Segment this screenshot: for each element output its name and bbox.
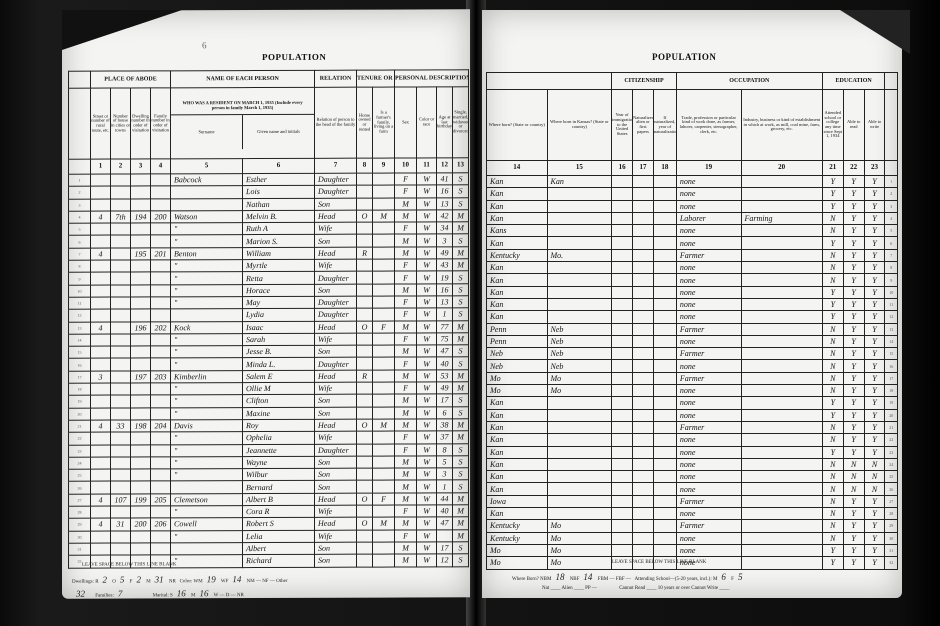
cell-age: 42 [437, 210, 453, 222]
cell-row-number: 6 [885, 237, 898, 249]
cell-occ: none [676, 176, 741, 188]
cell-given: Melvin B. [243, 210, 315, 223]
cell-surname: " [171, 235, 243, 248]
cell-c4 [151, 383, 171, 395]
cell-c3 [131, 272, 151, 284]
cell-c18 [653, 225, 676, 237]
cell-row-number: 16 [885, 360, 898, 372]
cell-c18 [653, 483, 676, 495]
cell-given: Lois [243, 186, 315, 199]
cell-read: Y [843, 434, 864, 446]
cell-given: Roy [243, 419, 315, 432]
cell-relation: Head [315, 321, 357, 333]
cell-c1: 3 [91, 371, 111, 383]
cell-ind [741, 421, 822, 433]
cell-c2 [111, 235, 131, 247]
cell-c18 [653, 471, 676, 483]
cell-c9 [373, 444, 395, 456]
cell-c18 [653, 520, 676, 532]
cell-surname: " [171, 456, 243, 469]
color-wm-label: Color: WM [180, 579, 203, 584]
cell-c3 [131, 198, 151, 210]
cell-row-number: 28 [885, 508, 898, 520]
cell-c18 [653, 262, 676, 274]
cell-c3: 199 [131, 494, 151, 506]
cell-age: 12 [437, 554, 453, 566]
cell-c1 [91, 346, 111, 358]
table-row: KannoneNNN25 [487, 471, 898, 483]
column-number [69, 159, 91, 174]
cell-sex: M [395, 407, 417, 419]
cell-sex: M [395, 234, 417, 246]
cell-c18 [653, 544, 676, 556]
cell-ind [741, 458, 822, 470]
cell-school: N [822, 458, 843, 470]
cell-ind [741, 323, 822, 335]
cell-marital: S [453, 406, 469, 418]
cell-c17 [633, 298, 654, 310]
cell-c8 [357, 296, 373, 308]
cell-c3: 197 [131, 371, 151, 383]
cell-c1 [91, 445, 111, 457]
cell-from [547, 286, 612, 298]
cell-color: W [417, 210, 437, 222]
subheader-industry: Industry, business or kind of establishm… [741, 90, 822, 161]
cell-given: Cora R [243, 505, 315, 518]
cell-school: N [822, 532, 843, 544]
cell-born: Mo [487, 372, 548, 384]
cell-from [547, 446, 612, 458]
cell-write: Y [864, 372, 885, 384]
cell-c1 [91, 309, 111, 321]
table-row: KannoneYYY23 [487, 446, 898, 458]
cell-write: Y [864, 335, 885, 347]
cell-school: Y [822, 188, 843, 200]
cell-c1: 4 [91, 420, 111, 432]
cell-c2: 31 [111, 518, 131, 530]
cell-n: 18 [69, 383, 91, 395]
table-row: KannoneYYY11 [487, 298, 898, 310]
cell-relation: Wife [315, 333, 357, 345]
cell-given: Maxine [243, 407, 315, 420]
m-label: M [146, 579, 150, 584]
cell-c4: 205 [151, 494, 171, 506]
subheader-where-born: Where born? (State or country) [487, 90, 548, 161]
cell-c3: 195 [131, 248, 151, 260]
cell-school: N [822, 434, 843, 446]
cell-born: Kan [487, 262, 548, 274]
cell-color: W [417, 431, 437, 443]
dwellings-r-value: 2 [103, 575, 108, 585]
cell-given: Myrtle [243, 259, 315, 272]
column-number: 3 [131, 159, 151, 174]
families-label: Families: [95, 594, 114, 599]
cell-c17 [633, 495, 654, 507]
attending-school-label: Attending School—(5-20 years, incl.): M [635, 577, 718, 582]
cell-color: W [417, 505, 437, 517]
cell-school: N [822, 274, 843, 286]
cell-c18 [653, 176, 676, 188]
header-occupation: OCCUPATION [676, 73, 822, 90]
cell-marital: M [453, 529, 469, 541]
cell-c1: 4 [91, 322, 111, 334]
cell-c3: 200 [131, 518, 151, 530]
cell-occ: Farmer [676, 520, 741, 532]
cell-c3 [131, 186, 151, 198]
cell-school: N [822, 385, 843, 397]
cell-school: Y [822, 397, 843, 409]
cell-n: 4 [69, 211, 91, 223]
cell-given: May [243, 296, 315, 309]
subheader-color: Color or race [417, 87, 437, 158]
m-value: 31 [155, 574, 164, 584]
cell-c16 [612, 212, 633, 224]
cell-c16 [612, 446, 633, 458]
cell-relation: Wife [315, 222, 357, 234]
cell-relation: Wife [315, 259, 357, 271]
cell-ind [741, 532, 822, 544]
o-value: 5 [120, 574, 125, 584]
cell-write: Y [864, 385, 885, 397]
cell-born: Mo [487, 385, 548, 397]
cell-occ: Laborer [676, 212, 741, 224]
cell-c18 [653, 188, 676, 200]
cell-ind [741, 372, 822, 384]
subheader-farm-family: Is a farmer's family, living on a farm [373, 87, 395, 158]
cell-occ: Farmer [676, 323, 741, 335]
cell-occ: none [676, 385, 741, 397]
cell-c3 [131, 334, 151, 346]
cell-c1 [91, 174, 111, 186]
cell-c8 [357, 407, 373, 419]
cell-c9 [373, 480, 395, 492]
left-census-table: PLACE OF ABODE NAME OF EACH PERSON RELAT… [68, 69, 469, 568]
cell-given: Jeannette [243, 444, 315, 457]
cell-relation: Wife [315, 505, 357, 517]
cell-born: Kan [487, 483, 548, 495]
cell-ind [741, 434, 822, 446]
cell-surname: Babcock [171, 174, 243, 187]
cell-c16 [612, 188, 633, 200]
cell-color: W [417, 320, 437, 332]
cell-given: Minda L. [243, 358, 315, 371]
cell-c16 [612, 335, 633, 347]
cell-c9 [373, 382, 395, 394]
cell-c9 [373, 554, 395, 566]
cell-c4 [151, 309, 171, 321]
cell-n: 2 [69, 186, 91, 198]
cell-sex: F [395, 308, 417, 320]
cell-c4: 202 [151, 321, 171, 333]
cell-n: 5 [69, 223, 91, 235]
cell-c4 [151, 198, 171, 210]
cell-born: Kan [487, 212, 548, 224]
cell-given: Lelia [243, 530, 315, 543]
column-number: 9 [373, 158, 395, 173]
cell-write: Y [864, 409, 885, 421]
cell-n: 1 [69, 174, 91, 186]
cell-marital: S [453, 394, 469, 406]
cell-color: W [417, 234, 437, 246]
cell-surname: Davis [171, 420, 243, 433]
cell-write: Y [864, 176, 885, 188]
cell-marital: S [453, 456, 469, 468]
cell-c17 [633, 200, 654, 212]
cell-marital: M [453, 333, 469, 345]
cell-c2: 107 [111, 494, 131, 506]
cell-occ: none [676, 446, 741, 458]
cell-read: Y [843, 274, 864, 286]
cell-surname: " [171, 444, 243, 457]
cell-c4: 204 [151, 420, 171, 432]
cell-c3: 198 [131, 420, 151, 432]
cell-age: 40 [437, 505, 453, 517]
cell-relation: Head [315, 517, 357, 529]
right-footer-note: LEAVE SPACE BELOW THIS LINE BLANK [612, 560, 706, 565]
cell-relation: Son [315, 468, 357, 480]
cell-from: Mo. [547, 249, 612, 261]
cell-school: N [822, 348, 843, 360]
cell-n: 27 [69, 494, 91, 506]
cell-write: Y [864, 348, 885, 360]
cell-school: Y [822, 176, 843, 188]
cell-relation: Son [315, 198, 357, 210]
cell-marital: S [453, 554, 469, 566]
cell-c16 [612, 495, 633, 507]
cell-ind [741, 495, 822, 507]
fbf-label: FBF [616, 577, 625, 582]
cell-occ: none [676, 286, 741, 298]
cell-sex: M [395, 247, 417, 259]
cell-n: 24 [69, 457, 91, 469]
cell-given: Wayne [243, 456, 315, 469]
cell-born: Penn [487, 323, 548, 335]
cell-c1 [91, 469, 111, 481]
cell-c8 [357, 554, 373, 566]
cell-surname: " [171, 407, 243, 420]
cell-c4 [151, 346, 171, 358]
subheader-home-owned: Home owned or rented [357, 87, 373, 158]
cell-c8 [357, 284, 373, 296]
cell-school: Y [822, 409, 843, 421]
table-row: KannoneNYY9 [487, 274, 898, 286]
cell-c17 [633, 212, 654, 224]
cell-age: 37 [437, 431, 453, 443]
cell-c9 [373, 407, 395, 419]
cell-color: W [417, 419, 437, 431]
table-row: MoMononeNYY18 [487, 385, 898, 397]
cell-c1 [91, 199, 111, 211]
ten-years-label: 10 years or over [658, 586, 690, 591]
cell-row-number: 2 [885, 188, 898, 200]
cell-row-number: 22 [885, 434, 898, 446]
cell-c18 [653, 421, 676, 433]
column-number: 22 [843, 161, 864, 176]
cell-c2 [111, 272, 131, 284]
cell-age: 3 [437, 234, 453, 246]
nm-label: NM [247, 579, 255, 584]
cell-c16 [612, 483, 633, 495]
cell-c8 [357, 382, 373, 394]
cell-school: N [822, 372, 843, 384]
subheader-year-immigration: Year of immigration to the United States [612, 90, 633, 161]
cell-c9 [373, 259, 395, 271]
header-citizenship: CITIZENSHIP [612, 73, 677, 90]
cell-surname: " [171, 506, 243, 519]
cell-c8 [357, 481, 373, 493]
subheader-naturalization-year: If naturalized, year of naturalization [653, 90, 676, 161]
cell-n: 15 [69, 346, 91, 358]
column-number: 13 [453, 158, 469, 173]
cell-c8 [357, 198, 373, 210]
cell-age: 53 [437, 370, 453, 382]
cell-surname [171, 481, 243, 494]
cell-from [547, 237, 612, 249]
cell-c3 [131, 457, 151, 469]
cell-born: Kentucky [487, 520, 548, 532]
cell-c17 [633, 471, 654, 483]
cell-born: Kan [487, 311, 548, 323]
cell-marital: S [453, 197, 469, 209]
cell-from [547, 458, 612, 470]
cannot-write-label: Cannot Write [691, 586, 718, 591]
cell-c3 [131, 444, 151, 456]
cell-c4 [151, 506, 171, 518]
cell-c18 [653, 360, 676, 372]
cell-born: Kan [487, 446, 548, 458]
cell-from: Mo [547, 557, 612, 569]
cell-c8: O [357, 321, 373, 333]
cell-from [547, 397, 612, 409]
cell-sex: F [395, 505, 417, 517]
cell-from: Kan [547, 176, 612, 188]
cell-c18 [653, 298, 676, 310]
cell-write: Y [864, 446, 885, 458]
cell-sex: M [395, 542, 417, 554]
cell-surname: Benton [171, 247, 243, 260]
cell-c9: F [373, 321, 395, 333]
cell-relation: Head [315, 493, 357, 505]
subheader-able-read: Able to read [843, 90, 864, 161]
cell-ind [741, 544, 822, 556]
cell-c16 [612, 348, 633, 360]
cell-n: 14 [69, 334, 91, 346]
cell-c18 [653, 508, 676, 520]
table-row: KannoneYYY20 [487, 409, 898, 421]
wf-label: WF [221, 579, 229, 584]
cell-sex: F [395, 444, 417, 456]
cell-relation: Wife [315, 431, 357, 443]
cell-row-number: 14 [885, 335, 898, 347]
cell-age: 77 [437, 320, 453, 332]
cell-school: N [822, 262, 843, 274]
cell-read: Y [843, 262, 864, 274]
cell-age: 16 [437, 185, 453, 197]
dwellings-label: Dwellings: R [72, 580, 99, 585]
row-number-subheader [885, 90, 898, 161]
cell-c3 [131, 469, 151, 481]
cell-c17 [633, 458, 654, 470]
cell-from [547, 200, 612, 212]
row-number-header [69, 71, 91, 88]
cell-n: 16 [69, 359, 91, 371]
cell-age: 34 [437, 222, 453, 234]
cell-row-number: 17 [885, 372, 898, 384]
header-birthplace-blank [487, 73, 612, 90]
cell-c2 [111, 432, 131, 444]
cell-c4: 201 [151, 248, 171, 260]
cell-school: N [822, 225, 843, 237]
cell-age: 13 [437, 296, 453, 308]
subheader-marital: Single, married, widowed or divorced [453, 87, 469, 158]
cell-n: 11 [69, 297, 91, 309]
cell-c17 [633, 274, 654, 286]
column-number: 21 [822, 161, 843, 176]
cell-school: Y [822, 557, 843, 569]
cell-surname: " [171, 383, 243, 396]
cell-c8 [357, 173, 373, 185]
cell-c17 [633, 323, 654, 335]
cell-marital: M [453, 419, 469, 431]
cell-c18 [653, 458, 676, 470]
cell-occ: Farmer [676, 495, 741, 507]
cell-c9 [373, 394, 395, 406]
cell-school: N [822, 508, 843, 520]
column-number: 8 [357, 158, 373, 173]
cell-c1 [91, 395, 111, 407]
header-personal-description: PERSONAL DESCRIPTION [395, 70, 469, 87]
cell-born: Penn [487, 335, 548, 347]
cell-c17 [633, 434, 654, 446]
cell-ind [741, 176, 822, 188]
cell-color: W [417, 456, 437, 468]
cell-relation: Son [315, 284, 357, 296]
cell-age: 17 [437, 394, 453, 406]
cell-occ: none [676, 262, 741, 274]
cell-c16 [612, 508, 633, 520]
cell-c16 [612, 471, 633, 483]
cell-c8 [357, 185, 373, 197]
cell-c18 [653, 286, 676, 298]
marital-s-label: Marital: S [153, 593, 173, 598]
dwelling-subtotal: 32 [76, 589, 85, 599]
cell-marital: S [453, 542, 469, 554]
cell-c17 [633, 532, 654, 544]
cell-relation: Son [315, 407, 357, 419]
cell-c17 [633, 544, 654, 556]
cell-c8 [357, 444, 373, 456]
cell-given: Ollie M [243, 382, 315, 395]
cell-row-number: 1 [885, 176, 898, 188]
cell-c2 [111, 445, 131, 457]
table-row: KanKannoneYYY1 [487, 176, 898, 188]
cell-born: Kan [487, 188, 548, 200]
table-row: KannoneYYY19 [487, 397, 898, 409]
cell-occ: none [676, 237, 741, 249]
cell-c17 [633, 421, 654, 433]
cell-given: Isaac [243, 321, 315, 334]
cell-c2 [111, 248, 131, 260]
table-row: KanLaborerFarmingNYY4 [487, 212, 898, 224]
cell-c9 [373, 284, 395, 296]
table-row: KannoneNYY22 [487, 434, 898, 446]
cell-occ: none [676, 409, 741, 421]
cell-relation: Head [315, 370, 357, 382]
table-row: NebNebFarmerNYY15 [487, 348, 898, 360]
page-number: 6 [202, 40, 207, 50]
cell-sex: M [395, 284, 417, 296]
cell-c18 [653, 274, 676, 286]
